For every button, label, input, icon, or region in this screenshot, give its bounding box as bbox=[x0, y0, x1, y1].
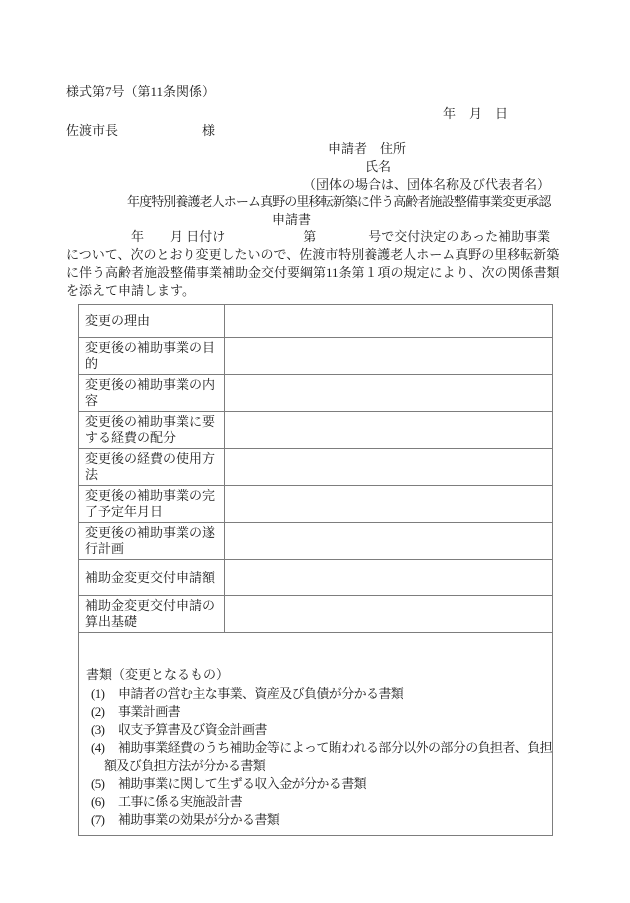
row-value-cell bbox=[225, 523, 553, 560]
document-list-item: (3)収支予算書及び資金計画書 bbox=[91, 721, 552, 739]
addressee-honorific: 様 bbox=[202, 122, 215, 140]
item-text: 事業計画書 bbox=[118, 704, 180, 719]
applicant-name-label: 氏名 bbox=[365, 158, 391, 176]
document-list-item: (6)工事に係る実施設計書 bbox=[91, 793, 552, 811]
document-list-item: (2)事業計画書 bbox=[91, 703, 552, 721]
table-row: 補助金変更交付申請の算出基礎 bbox=[79, 596, 553, 633]
row-value-cell bbox=[225, 560, 553, 596]
item-text: 補助事業の効果が分かる書類 bbox=[118, 812, 279, 827]
item-number: (2) bbox=[91, 703, 118, 721]
document-list-item: (5)補助事業に関して生ずる収入金が分かる書類 bbox=[91, 775, 552, 793]
table-row: 変更の理由 bbox=[79, 305, 553, 338]
row-label: 変更後の補助事業の目的 bbox=[79, 338, 225, 375]
date-line: 年 月 日 bbox=[443, 105, 508, 123]
row-label: 変更後の補助事業に要する経費の配分 bbox=[79, 412, 225, 449]
body-line-3: に伴う高齢者施設整備事業補助金交付要綱第11条第１項の規定により、次の関係書類 bbox=[66, 264, 560, 282]
row-value-cell bbox=[225, 338, 553, 375]
row-value-cell bbox=[225, 375, 553, 412]
row-value-cell bbox=[225, 412, 553, 449]
row-label: 変更の理由 bbox=[79, 305, 225, 338]
item-number: (7) bbox=[91, 811, 118, 829]
item-text: 補助事業に関して生ずる収入金が分かる書類 bbox=[118, 776, 366, 791]
row-value-cell bbox=[225, 305, 553, 338]
table-row: 変更後の経費の使用方法 bbox=[79, 449, 553, 486]
row-label: 補助金変更交付申請額 bbox=[79, 560, 225, 596]
document-list-item: (4)補助事業経費のうち補助金等によって賄われる部分以外の部分の負担者、負担 額… bbox=[91, 739, 552, 775]
table-row: 変更後の補助事業の目的 bbox=[79, 338, 553, 375]
item-number: (4) bbox=[91, 739, 118, 757]
document-list-item: (1)申請者の営む主な事業、資産及び負債が分かる書類 bbox=[91, 685, 552, 703]
table-row: 変更後の補助事業に要する経費の配分 bbox=[79, 412, 553, 449]
item-text: 補助事業経費のうち補助金等によって賄われる部分以外の部分の負担者、負担 額及び負… bbox=[104, 740, 552, 773]
documents-box: 書類（変更となるもの） (1)申請者の営む主な事業、資産及び負債が分かる書類 (… bbox=[79, 633, 553, 836]
table-row: 補助金変更交付申請額 bbox=[79, 560, 553, 596]
document-page: 様式第7号（第11条関係） 年 月 日 佐渡市長 様 申請者 住所 氏名 （団体… bbox=[0, 0, 630, 903]
item-number: (5) bbox=[91, 775, 118, 793]
org-note: （団体の場合は、団体名称及び代表者名） bbox=[303, 176, 550, 194]
applicant-address-label: 申請者 住所 bbox=[328, 140, 406, 158]
row-value-cell bbox=[225, 449, 553, 486]
row-value-cell bbox=[225, 596, 553, 633]
row-label: 変更後の補助事業の遂行計画 bbox=[79, 523, 225, 560]
row-label: 補助金変更交付申請の算出基礎 bbox=[79, 596, 225, 633]
document-title-line2: 申請書 bbox=[272, 211, 311, 229]
row-label: 変更後の経費の使用方法 bbox=[79, 449, 225, 486]
table-row: 変更後の補助事業の完了予定年月日 bbox=[79, 486, 553, 523]
body-line-4: を添えて申請します。 bbox=[66, 282, 195, 300]
item-text: 工事に係る実施設計書 bbox=[118, 794, 242, 809]
item-number: (1) bbox=[91, 685, 118, 703]
document-list-item: (7)補助事業の効果が分かる書類 bbox=[91, 811, 552, 829]
document-title-line1: 年度特別養護老人ホーム真野の里移転新築に伴う高齢者施設整備事業変更承認 bbox=[127, 193, 551, 211]
documents-heading: 書類（変更となるもの） bbox=[86, 666, 552, 684]
item-number: (3) bbox=[91, 721, 118, 739]
table-row: 変更後の補助事業の内容 bbox=[79, 375, 553, 412]
item-text: 申請者の営む主な事業、資産及び負債が分かる書類 bbox=[118, 686, 403, 701]
row-label: 変更後の補助事業の完了予定年月日 bbox=[79, 486, 225, 523]
documents-box-row: 書類（変更となるもの） (1)申請者の営む主な事業、資産及び負債が分かる書類 (… bbox=[79, 633, 553, 836]
application-table: 変更の理由 変更後の補助事業の目的 変更後の補助事業の内容 変更後の補助事業に要… bbox=[78, 304, 553, 836]
row-value-cell bbox=[225, 486, 553, 523]
body-line-1: 年 月 日付け 第 号で交付決定のあった補助事業 bbox=[66, 228, 550, 246]
row-label: 変更後の補助事業の内容 bbox=[79, 375, 225, 412]
body-line-2: について、次のとおり変更したいので、佐渡市特別養護老人ホーム真野の里移転新築 bbox=[66, 246, 559, 264]
document-list: (1)申請者の営む主な事業、資産及び負債が分かる書類 (2)事業計画書 (3)収… bbox=[91, 685, 552, 829]
item-number: (6) bbox=[91, 793, 118, 811]
form-number: 様式第7号（第11条関係） bbox=[66, 83, 215, 101]
addressee: 佐渡市長 bbox=[66, 122, 118, 140]
item-text: 収支予算書及び資金計画書 bbox=[118, 722, 267, 737]
table-row: 変更後の補助事業の遂行計画 bbox=[79, 523, 553, 560]
